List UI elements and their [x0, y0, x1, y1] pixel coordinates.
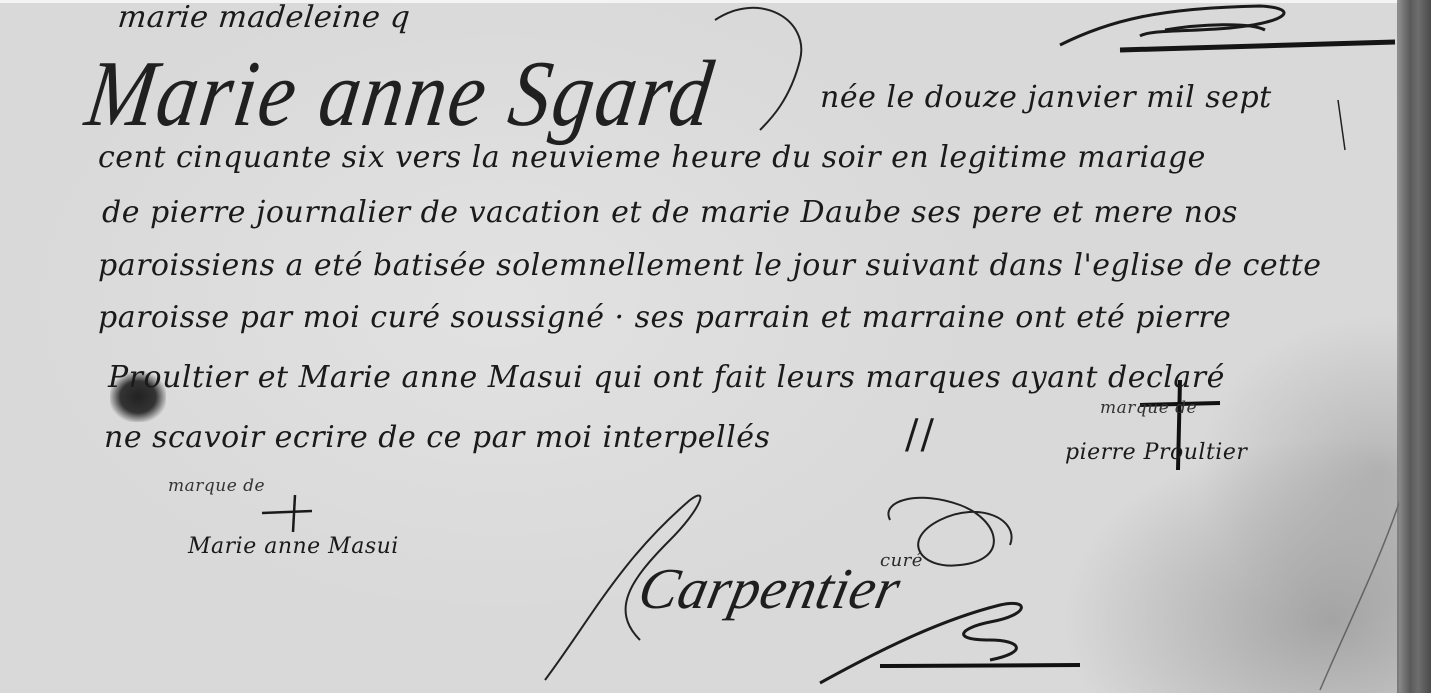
baptism-name-heading: Marie anne Sgard	[80, 40, 721, 148]
entry-line-6: Proultier et Marie anne Masui qui ont fa…	[108, 360, 1225, 395]
godmother-mark-label: marque de	[168, 476, 265, 496]
register-page: marie madeleine q Marie anne Sgard née l…	[0, 0, 1431, 693]
entry-line-4: paroissiens a eté batisée solemnellement…	[98, 248, 1322, 283]
book-binding	[1399, 0, 1431, 693]
line-end-mark: //	[905, 412, 936, 458]
entry-line-2: cent cinquante six vers la neuvieme heur…	[98, 140, 1206, 175]
entry-line-5: paroisse par moi curé soussigné · ses pa…	[98, 300, 1231, 335]
godmother-name: Marie anne Masui	[188, 534, 399, 559]
entry-line-7: ne scavoir ecrire de ce par moi interpel…	[104, 420, 770, 455]
entry-line-3: de pierre journalier de vacation et de m…	[102, 195, 1238, 230]
godfather-name: pierre Proultier	[1065, 440, 1247, 465]
entry-line-1: née le douze janvier mil sept	[820, 80, 1272, 115]
godfather-mark-label: marque de	[1100, 398, 1197, 418]
previous-entry-fragment: marie madeleine q	[116, 0, 412, 35]
priest-signature: Carpentier	[633, 555, 907, 622]
priest-role: curé	[880, 550, 923, 571]
